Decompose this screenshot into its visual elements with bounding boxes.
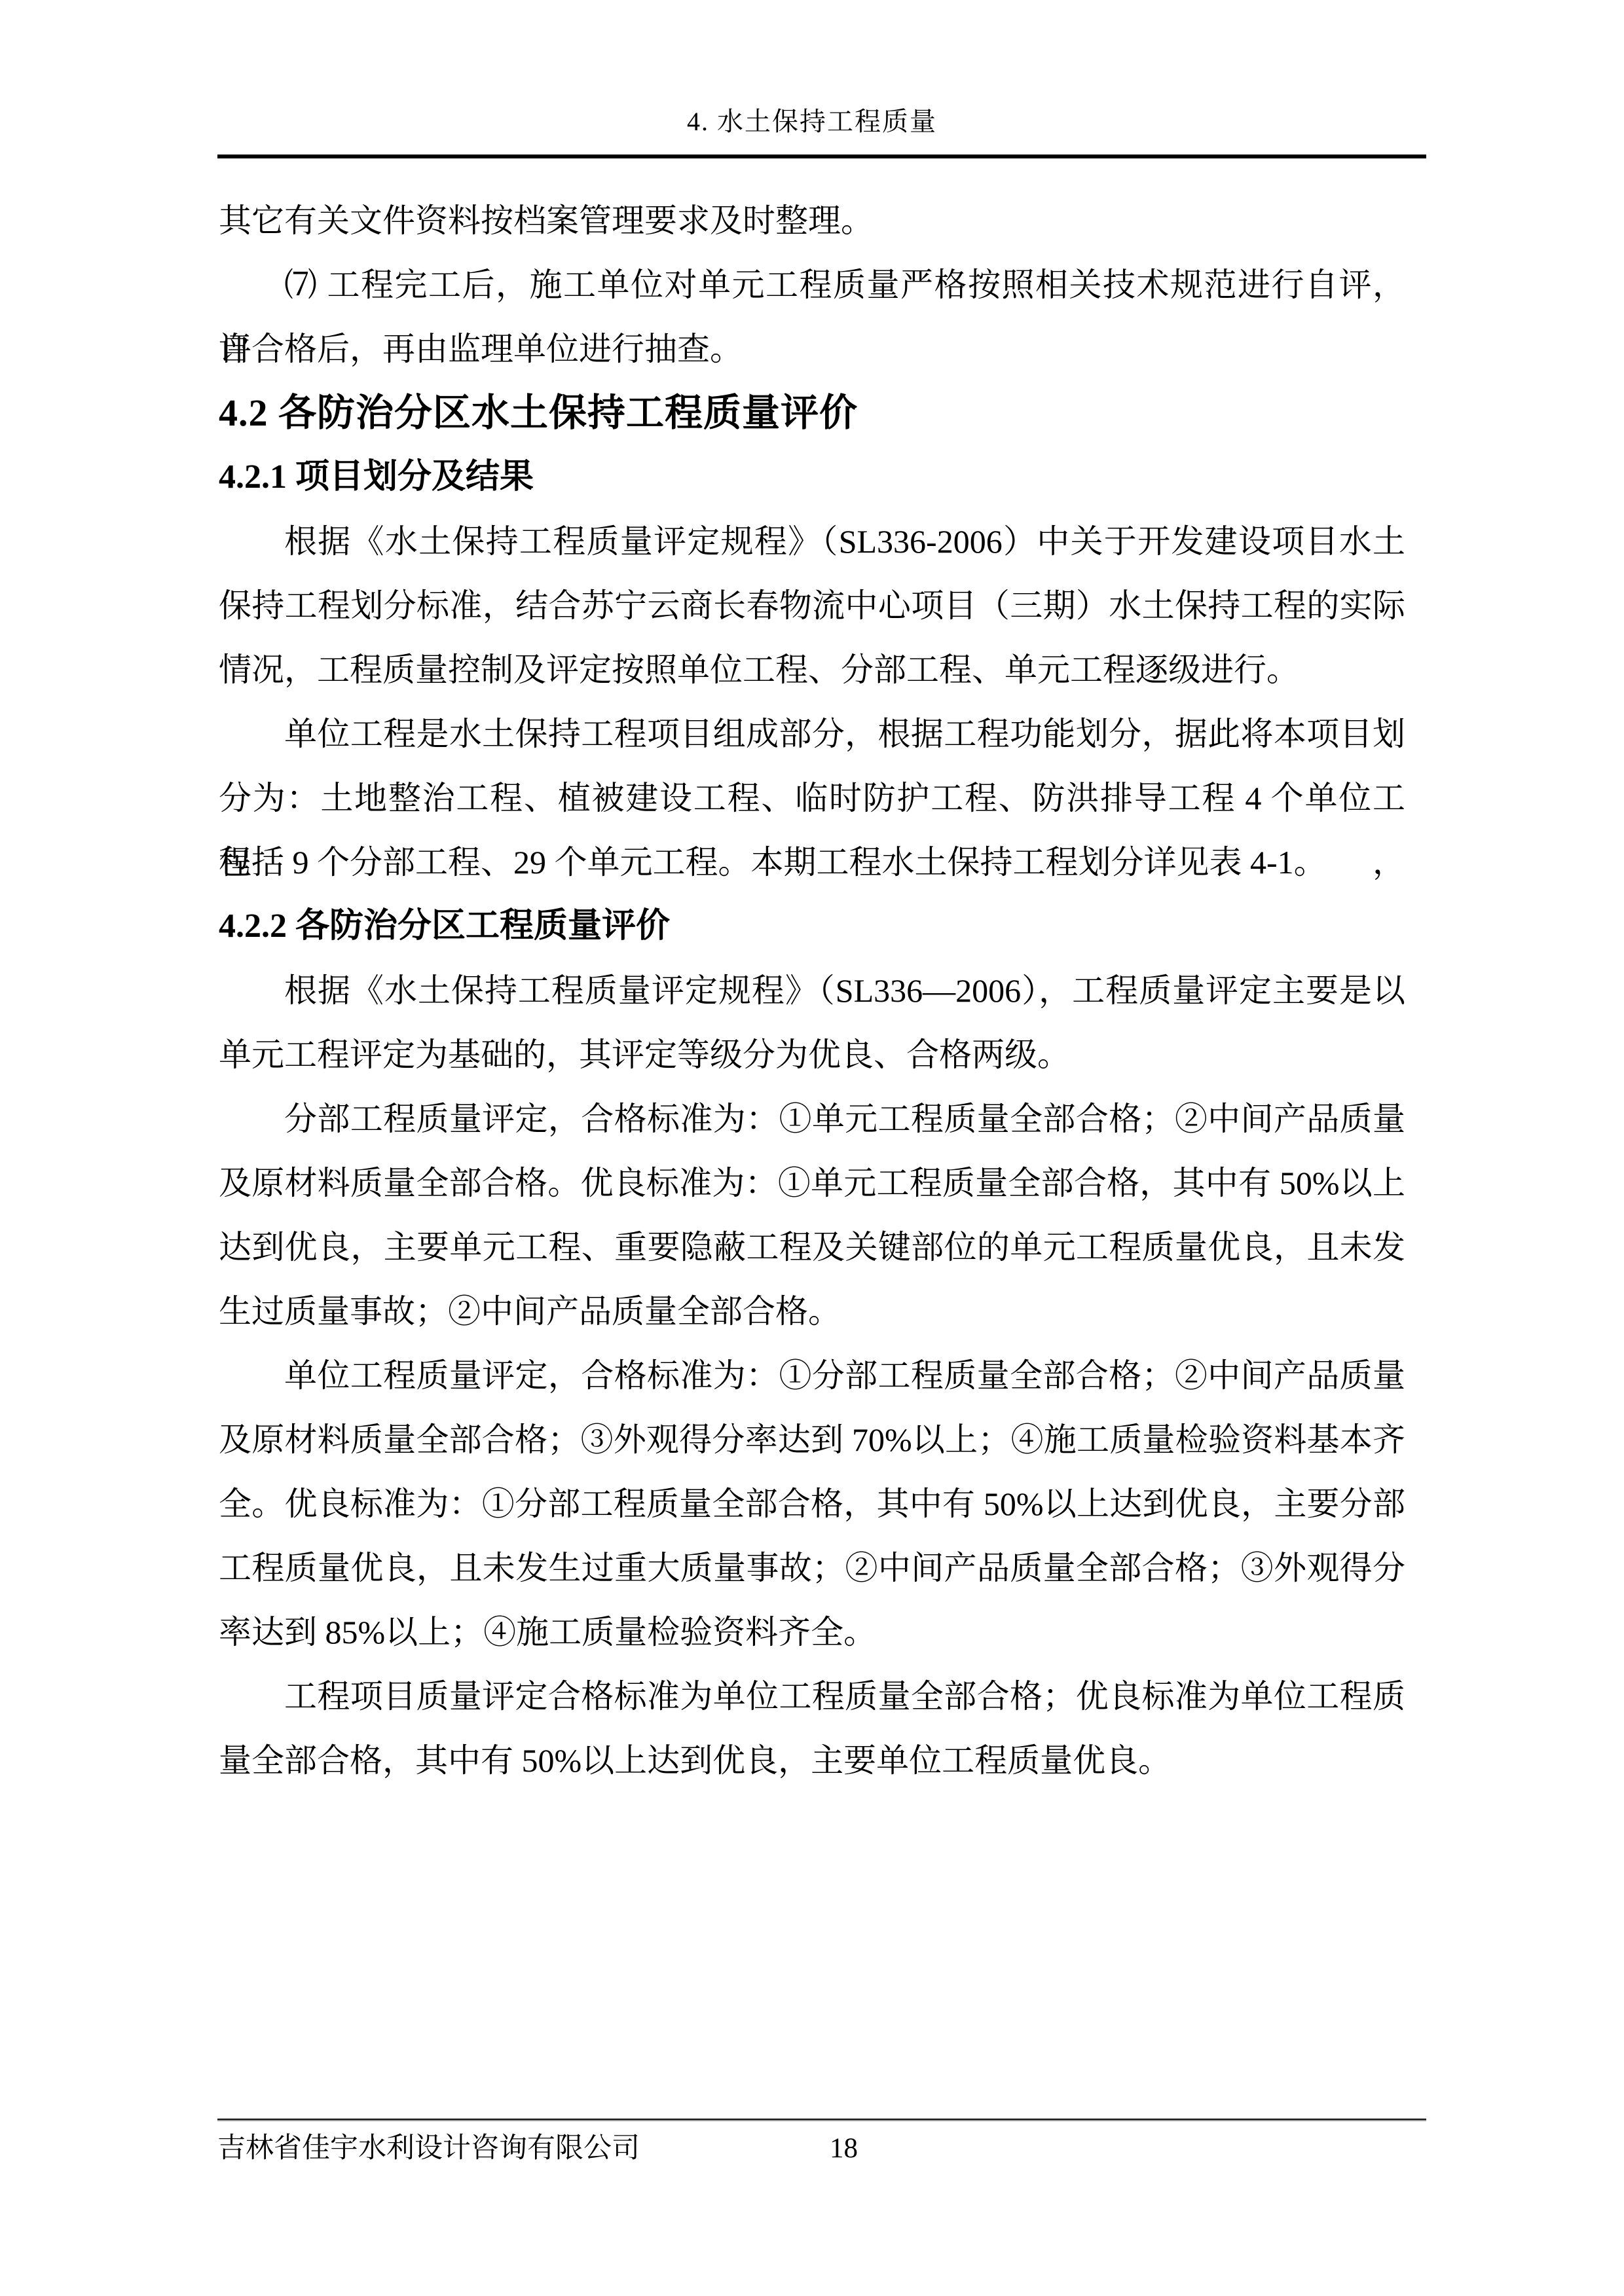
paragraph-line: 分为：土地整治工程、植被建设工程、临时防护工程、防洪排导工程 4 个单位工程， <box>219 766 1405 830</box>
paragraph-line: 包括 9 个分部工程、29 个单元工程。本期工程水土保持工程划分详见表 4-1。 <box>219 830 1405 894</box>
footer-page-number: 18 <box>830 2129 858 2168</box>
section-heading: 4.2 各防治分区水土保持工程质量评价 <box>219 381 1405 445</box>
paragraph-line: 单位工程质量评定，合格标准为：①分部工程质量全部合格；②中间产品质量 <box>219 1343 1405 1408</box>
paragraph-line: 根据《水土保持工程质量评定规程》（SL336—2006），工程质量评定主要是以 <box>219 958 1405 1023</box>
paragraph-line: 生过质量事故；②中间产品质量全部合格。 <box>219 1279 1405 1343</box>
paragraph-line: 及原材料质量全部合格；③外观得分率达到 70%以上；④施工质量检验资料基本齐 <box>219 1408 1405 1472</box>
paragraph-line: 全。优良标准为：①分部工程质量全部合格，其中有 50%以上达到优良，主要分部 <box>219 1472 1405 1536</box>
paragraph-line: 保持工程划分标准，结合苏宁云商长春物流中心项目（三期）水土保持工程的实际 <box>219 574 1405 638</box>
section-heading: 4.2.1 项目划分及结果 <box>219 445 1405 509</box>
document-page: 4. 水土保持工程质量 其它有关文件资料按档案管理要求及时整理。⑺ 工程完工后，… <box>0 0 1624 2296</box>
header-rule <box>217 155 1426 158</box>
paragraph-line: 及原材料质量全部合格。优良标准为：①单元工程质量全部合格，其中有 50%以上 <box>219 1151 1405 1215</box>
paragraph-line: 率达到 85%以上；④施工质量检验资料齐全。 <box>219 1600 1405 1664</box>
section-heading: 4.2.2 各防治分区工程质量评价 <box>219 894 1405 958</box>
paragraph-line: 评合格后，再由监理单位进行抽查。 <box>219 317 1405 381</box>
paragraph-line: 分部工程质量评定，合格标准为：①单元工程质量全部合格；②中间产品质量 <box>219 1087 1405 1151</box>
paragraph-line: 单位工程是水土保持工程项目组成部分，根据工程功能划分，据此将本项目划 <box>219 702 1405 766</box>
paragraph-line: ⑺ 工程完工后，施工单位对单元工程质量严格按照相关技术规范进行自评，自 <box>219 253 1405 317</box>
document-body: 其它有关文件资料按档案管理要求及时整理。⑺ 工程完工后，施工单位对单元工程质量严… <box>219 189 1405 1793</box>
paragraph-line: 达到优良，主要单元工程、重要隐蔽工程及关键部位的单元工程质量优良，且未发 <box>219 1215 1405 1279</box>
page-footer: 吉林省佳宇水利设计咨询有限公司 18 <box>217 2129 1426 2168</box>
paragraph-line: 根据《水土保持工程质量评定规程》（SL336-2006）中关于开发建设项目水土 <box>219 509 1405 574</box>
paragraph-line: 其它有关文件资料按档案管理要求及时整理。 <box>219 189 1405 253</box>
footer-rule <box>217 2119 1426 2121</box>
paragraph-line: 量全部合格，其中有 50%以上达到优良，主要单位工程质量优良。 <box>219 1728 1405 1793</box>
paragraph-line: 工程项目质量评定合格标准为单位工程质量全部合格；优良标准为单位工程质 <box>219 1664 1405 1728</box>
paragraph-line: 单元工程评定为基础的，其评定等级分为优良、合格两级。 <box>219 1023 1405 1087</box>
footer-company-name: 吉林省佳宇水利设计咨询有限公司 <box>217 2129 640 2168</box>
paragraph-line: 情况，工程质量控制及评定按照单位工程、分部工程、单元工程逐级进行。 <box>219 638 1405 702</box>
page-header-title: 4. 水土保持工程质量 <box>0 98 1624 145</box>
paragraph-line: 工程质量优良，且未发生过重大质量事故；②中间产品质量全部合格；③外观得分 <box>219 1536 1405 1600</box>
